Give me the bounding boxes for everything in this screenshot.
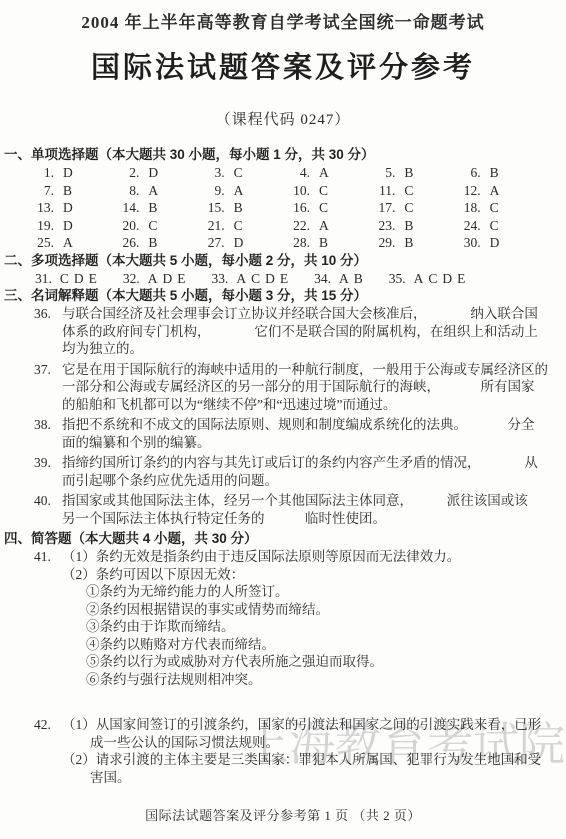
question-number: 42. (34, 716, 62, 786)
exam-session-title: 2004 年上半年高等教育自学考试全国统一命题考试 (0, 12, 566, 34)
answer-letter: C (234, 217, 243, 235)
answer-cell: 29.B (371, 234, 456, 252)
answer-cell: 11.C (371, 182, 456, 200)
answer-cell: 13.D (30, 199, 115, 217)
answer-number: 3. (201, 164, 225, 182)
question-item: 41.（1）条约无效是指条约由于违反国际法原则等原因而无法律效力。（2）条约可因… (4, 548, 560, 688)
answer-letter: D (148, 164, 158, 182)
answer-letter: B (404, 234, 413, 252)
answer-letters: ACDE (414, 270, 471, 288)
question-item: 36.与联合国经济及社会理事会订立协议并经联合国大会核准后， 纳入联合国体系的政… (4, 305, 560, 358)
question-line: 体系的政府间专门机构， 它们不是联合国的附属机构，在组织上和活动上 (62, 323, 560, 341)
answer-cell: 18.C (457, 199, 542, 217)
answer-letter: D (490, 234, 500, 252)
answer-cell: 23.B (371, 217, 456, 235)
answer-number: 18. (457, 199, 481, 217)
answer-letter: A (148, 182, 158, 200)
answer-cell: 10.C (286, 182, 371, 200)
question-line: 指国家或其他国际法主体，经另一个其他国际法主体同意， 派往该国或该 (62, 492, 560, 510)
answer-number: 19. (30, 217, 54, 235)
answer-letter: B (234, 199, 243, 217)
question-line: ④条约以贿赂对方代表而缔结。 (62, 636, 560, 654)
answer-grid: 1.D2.D3.C4.A5.B6.B7.B8.A9.A10.C11.C12.A1… (4, 164, 560, 252)
question-content: （1）条约无效是指条约由于违反国际法原则等原因而无法律效力。（2）条约可因以下原… (62, 548, 560, 688)
answer-letter: B (404, 164, 413, 182)
answer-cell: 31.CDE (35, 270, 102, 288)
section-multi-choice: 二、多项选择题（本大题共 5 小题，每小题 2 分，共 10 分）31.CDE3… (4, 252, 560, 288)
answer-letter: D (234, 234, 244, 252)
answer-letter: B (148, 199, 157, 217)
question-line: 一部分和公海或专属经济区的另一部分的用于国际航行的海峡， 所有国家 (62, 378, 560, 396)
answer-number: 30. (457, 234, 481, 252)
question-line: 它是在用于国际航行的海峡中适用的一种航行制度，一般用于公海或专属经济区的 (62, 361, 560, 379)
question-item: 40.指国家或其他国际法主体，经另一个其他国际法主体同意， 派往该国或该另一个国… (4, 492, 560, 527)
answer-number: 9. (201, 182, 225, 200)
answer-letter: C (319, 199, 328, 217)
question-line: ①条约为无缔约能力的人所签订。 (62, 583, 560, 601)
answer-cell: 15.B (201, 199, 286, 217)
answer-cell: 17.C (371, 199, 456, 217)
question-number: 41. (34, 548, 62, 688)
answer-number: 20. (115, 217, 139, 235)
question-line: 成一些公认的国际习惯法规则。 (62, 734, 560, 752)
question-line: ②条约因根据错误的事实或情势而缔结。 (62, 601, 560, 619)
answer-letter: B (490, 164, 499, 182)
answer-cell: 8.A (115, 182, 200, 200)
question-line: 指把不系统和不成文的国际法原则、规则和制度编成系统化的法典。 分全 (62, 416, 560, 434)
sections-container: 一、单项选择题（本大题共 30 小题，每小题 1 分，共 30 分）1.D2.D… (0, 146, 566, 786)
answer-cell: 25.A (30, 234, 115, 252)
answer-letters: AB (339, 270, 368, 288)
question-line: 均为独立的。 (62, 340, 560, 358)
answer-number: 31. (35, 270, 52, 288)
question-line: 另一个国际法主体执行特定任务的 临时性使团。 (62, 510, 560, 528)
answer-letter: C (404, 182, 413, 200)
answer-cell: 35.ACDE (389, 270, 471, 288)
answer-letter: C (234, 164, 243, 182)
answer-letter: C (148, 217, 157, 235)
answer-number: 10. (286, 182, 310, 200)
question-number: 38. (34, 416, 62, 451)
answer-cell: 21.C (201, 217, 286, 235)
question-content: 指国家或其他国际法主体，经另一个其他国际法主体同意， 派往该国或该另一个国际法主… (62, 492, 560, 527)
question-line: 与联合国经济及社会理事会订立协议并经联合国大会核准后， 纳入联合国 (62, 305, 560, 323)
page-title: 国际法试题答案及评分参考 (0, 49, 566, 87)
document-page: 2004 年上半年高等教育自学考试全国统一命题考试 国际法试题答案及评分参考 （… (0, 0, 566, 839)
answer-number: 27. (201, 234, 225, 252)
section-definitions: 三、名词解释题（本大题共 5 小题，每小题 3 分，共 15 分）36.与联合国… (4, 287, 560, 527)
answer-number: 32. (123, 270, 140, 288)
question-line: （1）从国家间签订的引渡条约，国家的引渡法和国家之间的引渡实践来看，已形 (62, 716, 560, 734)
question-item: 39.指缔约国所订条约的内容与其先订或后订的条约内容产生矛盾的情况， 从而引起哪… (4, 454, 560, 489)
answer-cell: 22.A (286, 217, 371, 235)
answer-cell: 7.B (30, 182, 115, 200)
answer-letter: A (63, 234, 73, 252)
answer-number: 24. (457, 217, 481, 235)
page-footer: 国际法试题答案及评分参考第 1 页 （共 2 页） (0, 805, 566, 824)
answer-letter: B (63, 182, 72, 200)
answer-cell: 19.D (30, 217, 115, 235)
question-item: 38.指把不系统和不成文的国际法原则、规则和制度编成系统化的法典。 分全面的编纂… (4, 416, 560, 451)
answer-number: 13. (30, 199, 54, 217)
question-line: （1）条约无效是指条约由于违反国际法原则等原因而无法律效力。 (62, 548, 560, 566)
answer-number: 15. (201, 199, 225, 217)
section-heading: 二、多项选择题（本大题共 5 小题，每小题 2 分，共 10 分） (4, 252, 560, 270)
question-line: ⑥条约与强行法规则相冲突。 (62, 671, 560, 689)
answer-number: 6. (457, 164, 481, 182)
answer-cell: 27.D (201, 234, 286, 252)
answer-letter: A (319, 164, 329, 182)
answer-cell: 24.C (457, 217, 542, 235)
answer-cell: 30.D (457, 234, 542, 252)
answer-letter: C (490, 217, 499, 235)
answer-letter: D (63, 199, 73, 217)
answer-number: 2. (115, 164, 139, 182)
answer-letter: A (319, 217, 329, 235)
question-content: 它是在用于国际航行的海峡中适用的一种航行制度，一般用于公海或专属经济区的一部分和… (62, 361, 560, 414)
section-heading: 四、简答题（本大题共 4 小题，共 30 分） (4, 530, 560, 548)
question-line: 害国。 (62, 769, 560, 787)
question-content: 与联合国经济及社会理事会订立协议并经联合国大会核准后， 纳入联合国体系的政府间专… (62, 305, 560, 358)
answer-number: 1. (30, 164, 54, 182)
section-heading: 一、单项选择题（本大题共 30 小题，每小题 1 分，共 30 分） (4, 146, 560, 164)
answer-letter: C (404, 199, 413, 217)
document-header: 2004 年上半年高等教育自学考试全国统一命题考试 国际法试题答案及评分参考 （… (0, 0, 566, 129)
answer-cell: 26.B (115, 234, 200, 252)
question-line: 指缔约国所订条约的内容与其先订或后订的条约内容产生矛盾的情况， 从 (62, 454, 560, 472)
answer-cell: 6.B (457, 164, 542, 182)
answer-number: 35. (389, 270, 406, 288)
answer-cell: 16.C (286, 199, 371, 217)
answer-number: 33. (212, 270, 229, 288)
section-short-answers: 四、简答题（本大题共 4 小题，共 30 分）41.（1）条约无效是指条约由于违… (4, 530, 560, 786)
question-line: 的船舶和飞机都可以为“继续不停”和“迅速过境”而通过。 (62, 396, 560, 414)
answer-cell: 12.A (457, 182, 542, 200)
answer-number: 22. (286, 217, 310, 235)
question-content: 指缔约国所订条约的内容与其先订或后订的条约内容产生矛盾的情况， 从而引起哪个条约… (62, 454, 560, 489)
question-line: （2）请求引渡的主体主要是三类国家：罪犯本人所属国、犯罪行为发生地国和受 (62, 751, 560, 769)
question-line: （2）条约可因以下原因无效： (62, 566, 560, 584)
question-number: 36. (34, 305, 62, 358)
answer-letter: C (490, 199, 499, 217)
answer-cell: 32.ADE (123, 270, 191, 288)
answer-cell: 33.ACDE (212, 270, 294, 288)
answer-letters: CDE (60, 270, 102, 288)
answer-letter: A (234, 182, 244, 200)
answer-number: 11. (371, 182, 395, 200)
answer-number: 8. (115, 182, 139, 200)
question-number: 40. (34, 492, 62, 527)
question-item: 37.它是在用于国际航行的海峡中适用的一种航行制度，一般用于公海或专属经济区的一… (4, 361, 560, 414)
answer-letters: ADE (148, 270, 191, 288)
answer-number: 4. (286, 164, 310, 182)
answer-letter: B (148, 234, 157, 252)
section-heading: 三、名词解释题（本大题共 5 小题，每小题 3 分，共 15 分） (4, 287, 560, 305)
answer-number: 26. (115, 234, 139, 252)
answer-letter: D (63, 164, 73, 182)
answer-number: 25. (30, 234, 54, 252)
answer-cell: 28.B (286, 234, 371, 252)
answer-cell: 20.C (115, 217, 200, 235)
answer-letter: D (63, 217, 73, 235)
question-line: ⑤条约以行为或威胁对方代表所施之强迫而取得。 (62, 653, 560, 671)
answer-number: 5. (371, 164, 395, 182)
answer-letter: A (490, 182, 500, 200)
answer-letter: C (319, 182, 328, 200)
question-content: （1）从国家间签订的引渡条约，国家的引渡法和国家之间的引渡实践来看，已形成一些公… (62, 716, 560, 786)
question-line: 面的编纂和个别的编纂。 (62, 434, 560, 452)
answers-row: 31.CDE32.ADE33.ACDE34.AB35.ACDE (4, 270, 560, 288)
answer-cell: 3.C (201, 164, 286, 182)
answer-number: 7. (30, 182, 54, 200)
answer-cell: 1.D (30, 164, 115, 182)
question-number: 37. (34, 361, 62, 414)
answer-letter: B (404, 217, 413, 235)
answer-letters: ACDE (236, 270, 293, 288)
question-line: ③条约由于诈欺而缔结。 (62, 618, 560, 636)
answer-cell: 2.D (115, 164, 200, 182)
answer-letter: B (319, 234, 328, 252)
answer-number: 29. (371, 234, 395, 252)
question-line: 而引起哪个条约应优先适用的问题。 (62, 472, 560, 490)
answer-number: 16. (286, 199, 310, 217)
question-number: 39. (34, 454, 62, 489)
section-single-choice: 一、单项选择题（本大题共 30 小题，每小题 1 分，共 30 分）1.D2.D… (4, 146, 560, 252)
answer-number: 12. (457, 182, 481, 200)
answer-number: 34. (314, 270, 331, 288)
answer-cell: 5.B (371, 164, 456, 182)
answer-number: 28. (286, 234, 310, 252)
answer-number: 23. (371, 217, 395, 235)
answer-number: 21. (201, 217, 225, 235)
question-content: 指把不系统和不成文的国际法原则、规则和制度编成系统化的法典。 分全面的编纂和个别… (62, 416, 560, 451)
question-item: 42.（1）从国家间签订的引渡条约，国家的引渡法和国家之间的引渡实践来看，已形成… (4, 716, 560, 786)
course-code: （课程代码 0247） (0, 108, 566, 129)
answer-number: 17. (371, 199, 395, 217)
answer-cell: 34.AB (314, 270, 368, 288)
answer-number: 14. (115, 199, 139, 217)
answer-cell: 9.A (201, 182, 286, 200)
answer-cell: 4.A (286, 164, 371, 182)
answer-cell: 14.B (115, 199, 200, 217)
